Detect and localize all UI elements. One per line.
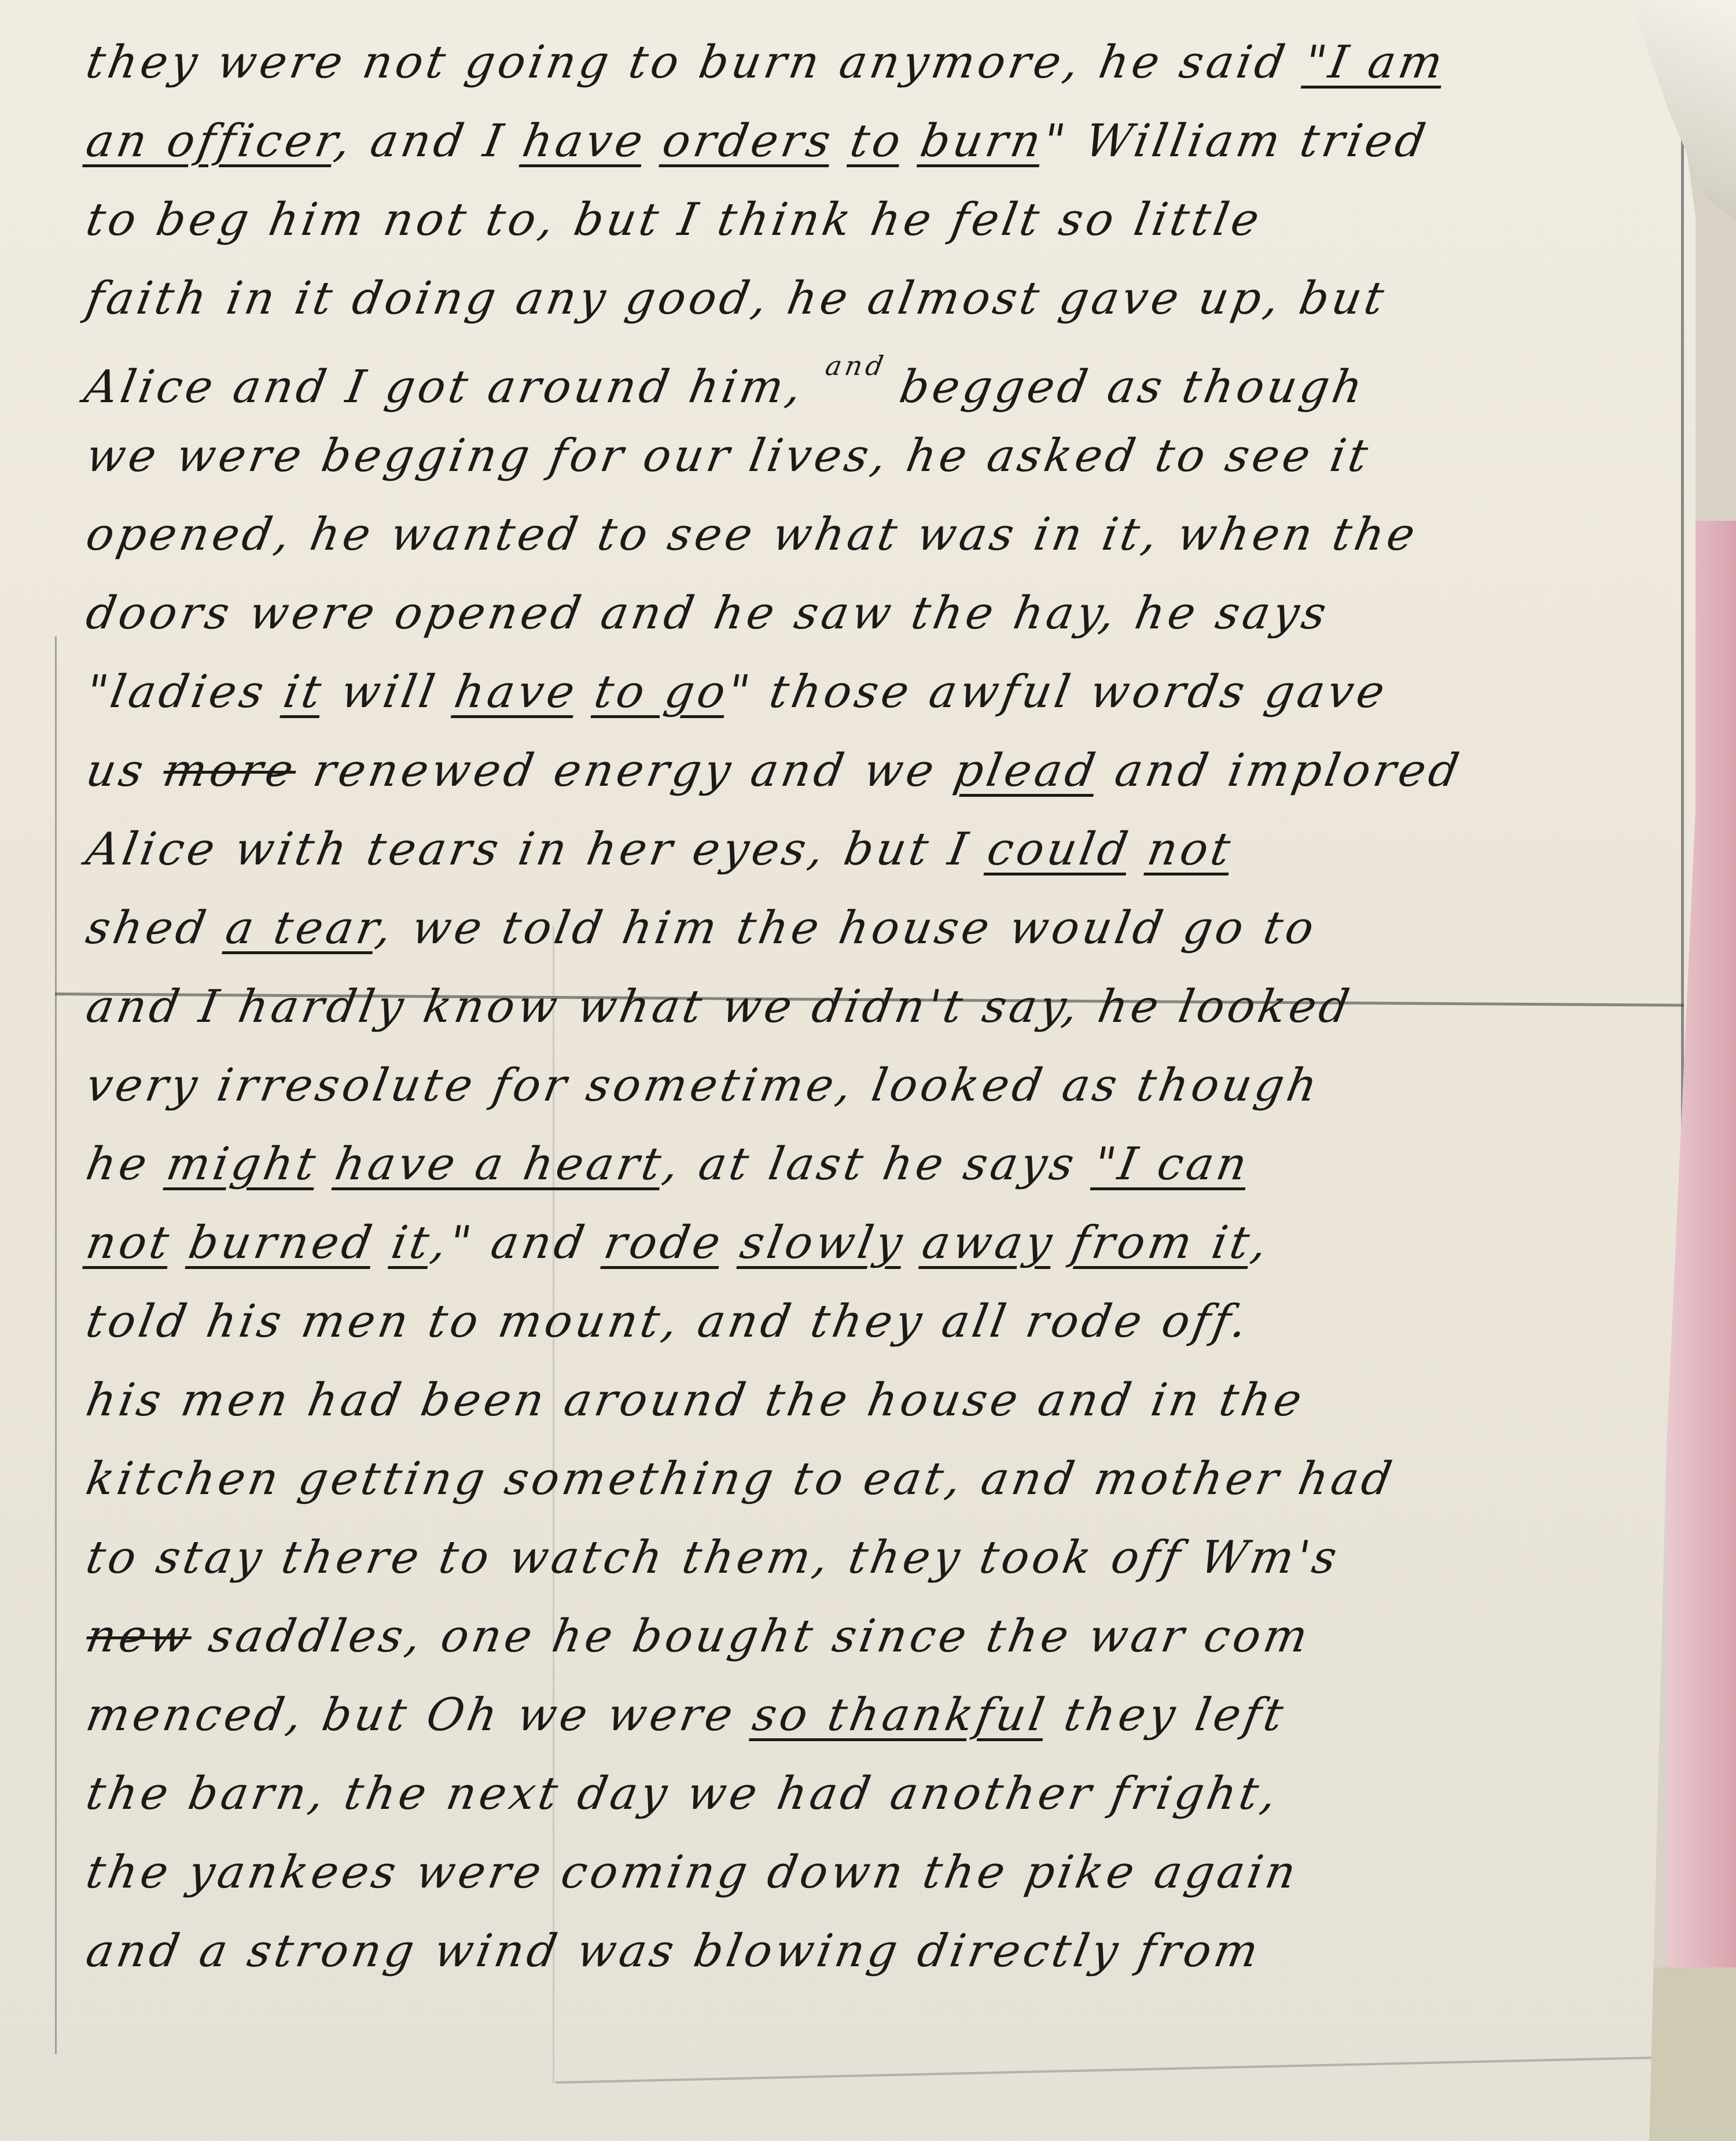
struck-word: more bbox=[159, 745, 300, 797]
handwritten-text-body: they were not going to burn anymore, he … bbox=[87, 23, 1649, 1991]
text-line: Alice with tears in her eyes, but I coul… bbox=[80, 810, 1656, 889]
text-segment: they left bbox=[1042, 1689, 1290, 1741]
text-line: an officer, and I have orders to burn" W… bbox=[80, 102, 1656, 181]
underlined-text: slowly bbox=[736, 1217, 910, 1269]
text-line: and a strong wind was blowing directly f… bbox=[80, 1912, 1656, 1991]
text-line: they were not going to burn anymore, he … bbox=[80, 23, 1656, 102]
text-segment: ," and bbox=[427, 1217, 609, 1269]
underlined-text: "I am bbox=[1301, 36, 1450, 89]
text-line: told his men to mount, and they all rode… bbox=[80, 1282, 1656, 1361]
text-segment: very irresolute for sometime, looked as … bbox=[82, 1060, 1325, 1112]
text-line: kitchen getting something to eat, and mo… bbox=[80, 1440, 1656, 1518]
text-segment: Alice with tears in her eyes, but I bbox=[82, 823, 992, 875]
text-line: he might have a heart, at last he says "… bbox=[80, 1125, 1656, 1204]
text-segment: opened, he wanted to see what was in it,… bbox=[82, 509, 1422, 561]
text-line: us more renewed energy and we plead and … bbox=[80, 731, 1656, 810]
text-line: his men had been around the house and in… bbox=[80, 1361, 1656, 1440]
underlined-text: plead bbox=[950, 745, 1102, 797]
text-segment: the barn, the next day we had another fr… bbox=[82, 1768, 1283, 1820]
text-segment: , at last he says bbox=[659, 1138, 1099, 1190]
text-line: shed a tear, we told him the house would… bbox=[80, 889, 1656, 968]
underlined-text: not bbox=[1143, 823, 1237, 875]
text-segment: , and I bbox=[331, 115, 528, 167]
text-segment: faith in it doing any good, he almost ga… bbox=[82, 273, 1391, 325]
underlined-text: "I can bbox=[1090, 1138, 1255, 1190]
text-segment: his men had been around the house and in… bbox=[82, 1374, 1309, 1426]
text-segment: and implored bbox=[1093, 745, 1466, 797]
underlined-text: away bbox=[918, 1217, 1060, 1269]
text-line: "ladies it will have to go" those awful … bbox=[80, 653, 1656, 731]
underlined-text: not bbox=[82, 1217, 176, 1269]
text-segment: "ladies bbox=[82, 666, 289, 718]
struck-word: new bbox=[82, 1610, 196, 1662]
text-segment: Alice and I got around him, bbox=[80, 361, 827, 413]
text-line: very irresolute for sometime, looked as … bbox=[80, 1046, 1656, 1125]
text-line: we were begging for our lives, he asked … bbox=[80, 417, 1656, 495]
text-segment: " William tried bbox=[1039, 115, 1432, 167]
underlined-text: from it bbox=[1068, 1217, 1257, 1269]
text-line: faith in it doing any good, he almost ga… bbox=[80, 259, 1656, 338]
text-line: opened, he wanted to see what was in it,… bbox=[80, 495, 1656, 574]
underlined-text: orders bbox=[659, 115, 838, 167]
text-line: not burned it," and rode slowly away fro… bbox=[80, 1204, 1656, 1282]
letter-page: they were not going to burn anymore, he … bbox=[0, 0, 1695, 2141]
text-segment: shed bbox=[82, 902, 231, 954]
text-segment: to stay there to watch them, they took o… bbox=[82, 1532, 1344, 1584]
text-line: the yankees were coming down the pike ag… bbox=[80, 1833, 1656, 1912]
underlined-text: an officer bbox=[82, 115, 340, 167]
underlined-text: so thankful bbox=[749, 1689, 1051, 1741]
text-segment: will bbox=[319, 666, 460, 718]
text-segment: , we told him the house would go to bbox=[372, 902, 1321, 954]
underlined-text: a tear bbox=[222, 902, 381, 954]
underlined-text: rode bbox=[600, 1217, 727, 1269]
text-segment: we were begging for our lives, he asked … bbox=[82, 430, 1375, 482]
text-segment: saddles, one he bought since the war com bbox=[187, 1610, 1315, 1662]
text-segment: renewed energy and we bbox=[292, 745, 959, 797]
underlined-text: to go bbox=[591, 666, 733, 718]
text-segment: told his men to mount, and they all rode… bbox=[82, 1296, 1255, 1348]
text-segment: kitchen getting something to eat, and mo… bbox=[82, 1453, 1399, 1505]
underlined-text: to bbox=[847, 115, 908, 167]
inserted-word: and bbox=[823, 350, 889, 381]
text-line: new saddles, one he bought since the war… bbox=[80, 1597, 1656, 1676]
text-line: Alice and I got around him, and begged a… bbox=[80, 338, 1656, 417]
underlined-text: burned bbox=[185, 1217, 379, 1269]
text-segment: " those awful words gave bbox=[724, 666, 1392, 718]
horizontal-rule-bottom bbox=[556, 2056, 1684, 2084]
text-segment: he bbox=[82, 1138, 172, 1190]
text-line: to beg him not to, but I think he felt s… bbox=[80, 181, 1656, 259]
underlined-text: might bbox=[163, 1138, 322, 1190]
text-segment: us bbox=[82, 745, 168, 797]
text-segment: the yankees were coming down the pike ag… bbox=[82, 1846, 1303, 1899]
underlined-text: have bbox=[518, 115, 650, 167]
page-border-left bbox=[55, 637, 57, 2054]
text-segment: to beg him not to, but I think he felt s… bbox=[82, 194, 1266, 246]
text-line: to stay there to watch them, they took o… bbox=[80, 1518, 1656, 1597]
underlined-text: could bbox=[984, 823, 1135, 875]
text-segment: menced, but Oh we were bbox=[82, 1689, 758, 1741]
text-segment: doors were opened and he saw the hay, he… bbox=[82, 587, 1333, 639]
text-line: menced, but Oh we were so thankful they … bbox=[80, 1676, 1656, 1754]
text-line: and I hardly know what we didn't say, he… bbox=[80, 968, 1656, 1046]
text-segment: and I hardly know what we didn't say, he… bbox=[82, 981, 1356, 1033]
underlined-text: have bbox=[451, 666, 582, 718]
text-segment: begged as though bbox=[878, 361, 1370, 413]
text-line: the barn, the next day we had another fr… bbox=[80, 1754, 1656, 1833]
text-segment: they were not going to burn anymore, he … bbox=[82, 36, 1310, 89]
text-segment: and a strong wind was blowing directly f… bbox=[82, 1925, 1266, 1977]
text-line: doors were opened and he saw the hay, he… bbox=[80, 574, 1656, 653]
underlined-text: have a heart bbox=[331, 1138, 668, 1190]
underlined-text: burn bbox=[917, 115, 1049, 167]
